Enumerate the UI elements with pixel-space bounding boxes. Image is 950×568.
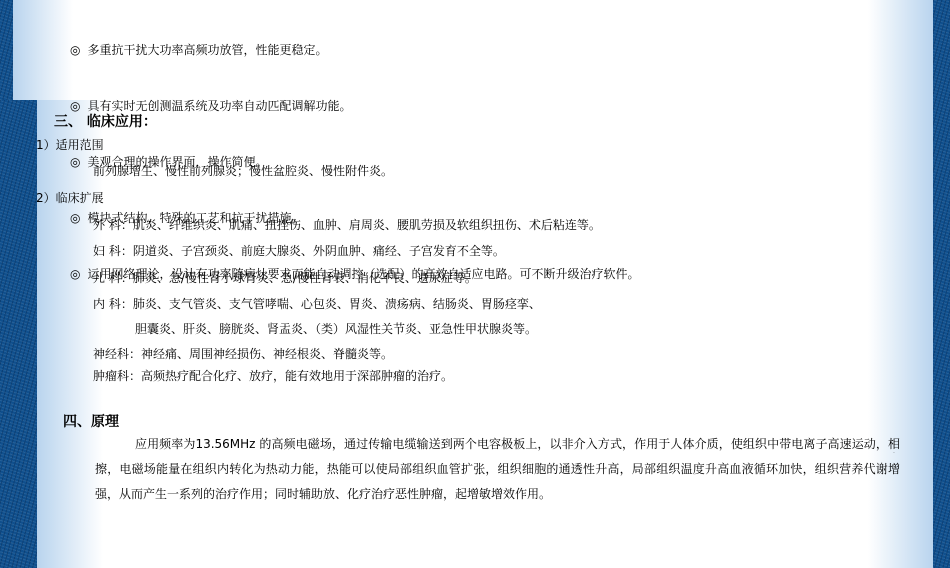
principle-heading: 四、原理 <box>63 411 119 431</box>
clinical-application-heading: 三、 临床应用： <box>54 111 157 131</box>
left-border-bottom <box>0 100 37 568</box>
principle-line-1: 应用频率为13.56MHz 的高频电磁场，通过传输电缆输送到两个电容极板上，以非… <box>135 437 900 453</box>
dept-text: 神经痛、周围神经损伤、神经根炎、脊髓炎等。 <box>141 347 393 361</box>
dept-label: 妇 科： <box>93 244 133 258</box>
dept-row-gynecology: 妇 科：阴道炎、子宫颈炎、前庭大腺炎、外阴血肿、痛经、子宫发育不全等。 <box>93 244 505 259</box>
bullseye-bullet-icon: ◎ <box>70 265 80 283</box>
left-border-top <box>0 0 13 100</box>
dept-row-oncology: 肿瘤科：高频热疗配合化疗、放疗，能有效地用于深部肿瘤的治疗。 <box>93 369 453 384</box>
dept-text: 高频热疗配合化疗、放疗，能有效地用于深部肿瘤的治疗。 <box>141 369 453 383</box>
dept-label: 神经科： <box>93 347 141 361</box>
dept-row-surgery: 外 科：肌炎、纤维织炎、肌痛、扭挫伤、血肿、肩周炎、腰肌劳损及软组织扭伤、术后粘… <box>93 218 601 233</box>
dept-text: 肺炎、支气管炎、支气管哮喘、心包炎、胃炎、溃疡病、结肠炎、胃肠痉挛、 <box>133 297 541 311</box>
principle-line-2: 擦，电磁场能量在组织内转化为热动力能，热能可以使局部组织血管扩张，组织细胞的通透… <box>95 462 900 478</box>
scope-text: 前列腺增生、慢性前列腺炎；慢性盆腔炎、慢性附件炎。 <box>93 164 393 179</box>
dept-row-pediatrics: 儿 科：肺炎、急/慢性肾小球肾炎、急/慢性肾衰、消化不良、遗尿症等。 <box>93 271 477 286</box>
expand-label: 2）临床扩展 <box>36 191 104 206</box>
left-fade-top <box>13 0 73 100</box>
right-border <box>933 0 950 568</box>
principle-line-3: 强，从而产生一系列的治疗作用；同时辅助放、化疗治疗恶性肿瘤，起增敏增效作用。 <box>95 487 551 502</box>
dept-label: 肿瘤科： <box>93 369 141 383</box>
dept-text: 阴道炎、子宫颈炎、前庭大腺炎、外阴血肿、痛经、子宫发育不全等。 <box>133 244 505 258</box>
bullseye-bullet-icon: ◎ <box>70 209 80 227</box>
dept-row-internal-medicine-cont: 胆囊炎、肝炎、膀胱炎、肾盂炎、（类）风湿性关节炎、亚急性甲状腺炎等。 <box>135 322 537 337</box>
right-fade <box>868 0 933 568</box>
dept-text: 肺炎、急/慢性肾小球肾炎、急/慢性肾衰、消化不良、遗尿症等。 <box>133 271 477 285</box>
dept-row-neurology: 神经科：神经痛、周围神经损伤、神经根炎、脊髓炎等。 <box>93 347 393 362</box>
feature-bullet-text: 多重抗干扰大功率高频功放管，性能更稳定。 <box>87 43 327 57</box>
scope-label: 1）适用范围 <box>36 138 104 153</box>
bullseye-bullet-icon: ◎ <box>70 153 80 171</box>
dept-row-internal-medicine: 内 科：肺炎、支气管炎、支气管哮喘、心包炎、胃炎、溃疡病、结肠炎、胃肠痉挛、 <box>93 297 541 312</box>
feature-bullet-item: ◎多重抗干扰大功率高频功放管，性能更稳定。 <box>70 41 640 59</box>
dept-label: 外 科： <box>93 218 133 232</box>
bullseye-bullet-icon: ◎ <box>70 41 80 59</box>
dept-label: 儿 科： <box>93 271 133 285</box>
dept-text: 肌炎、纤维织炎、肌痛、扭挫伤、血肿、肩周炎、腰肌劳损及软组织扭伤、术后粘连等。 <box>133 218 601 232</box>
dept-label: 内 科： <box>93 297 133 311</box>
